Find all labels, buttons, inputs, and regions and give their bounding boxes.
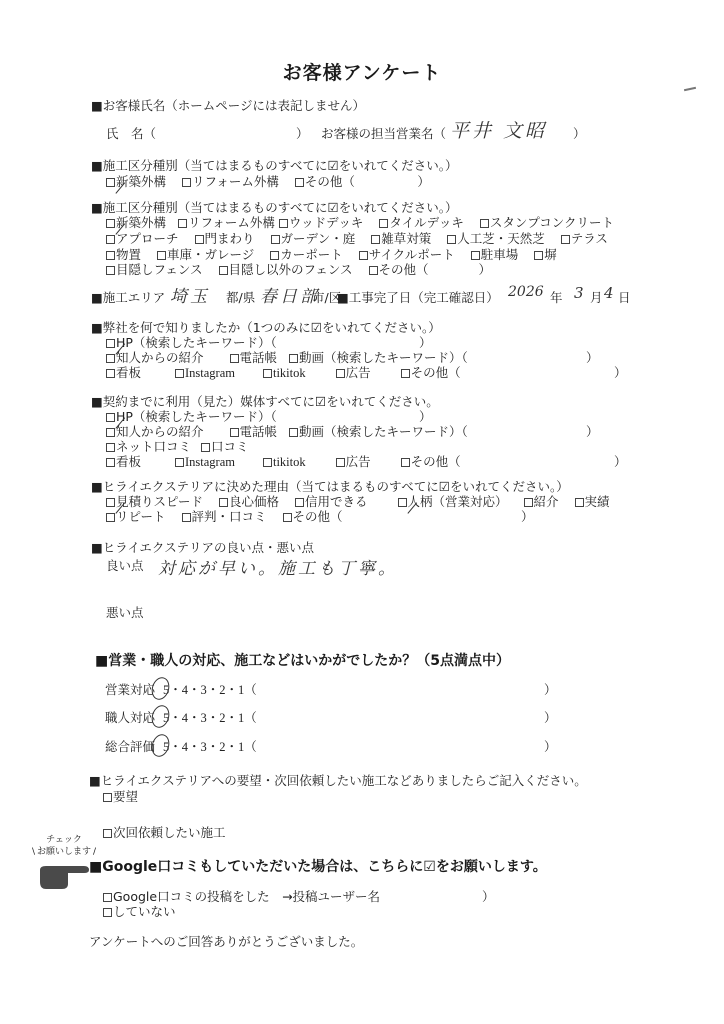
day-field[interactable]: 4 — [604, 284, 617, 302]
google-review-not-posted-option[interactable]: していない — [103, 902, 176, 920]
thank-you-footer: アンケートへのご回答ありがとうございました。 — [89, 932, 363, 950]
checkbox[interactable] — [195, 235, 204, 244]
checkbox[interactable] — [106, 354, 115, 363]
checkbox[interactable] — [182, 178, 191, 187]
checkbox[interactable] — [103, 829, 112, 838]
checkbox[interactable] — [106, 458, 115, 467]
checkbox-option[interactable]: 看板 — [106, 454, 141, 469]
rating-label: 営業対応 — [105, 682, 155, 697]
checkbox[interactable] — [106, 428, 115, 437]
checkbox-option[interactable]: リピート — [106, 509, 166, 524]
checkbox-option[interactable]: 実績 — [575, 494, 610, 509]
prefecture-suffix: 都/県 — [226, 288, 255, 306]
request-option[interactable]: 要望 — [103, 787, 138, 805]
username-close: ） — [482, 887, 495, 905]
checkbox[interactable] — [480, 219, 489, 228]
other-close: ） — [521, 507, 534, 525]
year-suffix: 年 — [550, 288, 563, 306]
checkbox-option[interactable]: 人柄（営業対応） — [398, 494, 508, 509]
checkbox[interactable] — [279, 219, 288, 228]
survey-page: お客様アンケート ■お客様氏名（ホームページには表記しません） 氏 名（ ） お… — [0, 0, 724, 1024]
video-keyword-close: ） — [586, 348, 599, 366]
checkbox[interactable] — [230, 428, 239, 437]
area-heading: ■施工エリア — [91, 288, 165, 306]
checkbox[interactable] — [289, 428, 298, 437]
checkbox[interactable] — [524, 498, 533, 507]
checkbox[interactable] — [401, 458, 410, 467]
checkbox[interactable] — [103, 908, 112, 917]
sales-rep-label: お客様の担当営業名（ — [321, 124, 446, 142]
checkbox[interactable] — [230, 354, 239, 363]
construction-type-options-1: 新築外構 リフォーム外構 その他（ ） — [106, 172, 442, 190]
checkbox[interactable] — [157, 251, 166, 260]
checkbox-option[interactable]: リフォーム外構 — [182, 174, 279, 189]
name-close: ） — [296, 124, 309, 142]
checkbox[interactable] — [271, 235, 280, 244]
checkbox-option[interactable]: 新築外構 — [106, 215, 166, 230]
rating-close: ） — [544, 737, 557, 755]
day-suffix: 日 — [618, 288, 631, 306]
checkbox[interactable] — [263, 369, 272, 378]
video-keyword-close: ） — [586, 422, 599, 440]
city-field[interactable]: 春日部 — [260, 282, 320, 307]
checkbox[interactable] — [336, 458, 345, 467]
checkbox[interactable] — [178, 219, 187, 228]
stray-pen-mark — [684, 87, 696, 91]
checkbox[interactable] — [561, 235, 570, 244]
construction-type-row: 目隠しフェンス 目隠し以外のフェンス その他（ ） — [106, 260, 503, 278]
checkbox-option[interactable]: 目隠し以外のフェンス — [219, 262, 353, 277]
checkbox-option[interactable]: 新築外構 — [106, 174, 166, 189]
checkbox[interactable] — [103, 893, 112, 902]
good-point-field[interactable]: 対応が早い。施工も丁寧。 — [158, 554, 398, 579]
checkbox[interactable] — [447, 235, 456, 244]
checkbox-option[interactable]: Instagram — [175, 455, 235, 469]
checkbox-option[interactable]: tikitok — [263, 455, 306, 469]
customer-name-heading: ■お客様氏名（ホームページには表記しません） — [91, 96, 365, 114]
checkbox[interactable] — [575, 498, 584, 507]
rating-heading: ■営業・職人の対応、施工などはいかがでしたか？（5点満点中） — [95, 650, 510, 670]
checkbox-option[interactable]: ウッドデッキ — [279, 215, 364, 230]
checkbox-checked[interactable] — [106, 498, 115, 507]
checkbox[interactable] — [106, 513, 115, 522]
bad-point-label: 悪い点 — [106, 603, 144, 621]
checkbox-option[interactable]: その他（ — [283, 509, 343, 524]
rating-scale[interactable]: 5・4・3・2・1（ — [163, 740, 257, 754]
media-used-row: 看板 Instagram tikitok 広告 その他（ — [106, 452, 461, 470]
checkbox-option[interactable]: その他（ — [401, 365, 461, 380]
rating-label: 職人対応 — [105, 710, 155, 725]
checkbox[interactable] — [295, 498, 304, 507]
checkbox-option[interactable]: 塀 — [534, 247, 557, 262]
checkbox[interactable] — [471, 251, 480, 260]
checkbox[interactable] — [379, 219, 388, 228]
google-review-heading: ■Google口コミもしていただいた場合は、こちらに☑をお願いします。 — [89, 856, 547, 876]
checkbox[interactable] — [369, 266, 378, 275]
rating-close: ） — [544, 708, 557, 726]
checkbox-option[interactable]: 広告 — [336, 365, 371, 380]
completion-date-label: ■工事完了日（完工確認日） — [337, 288, 499, 306]
checkbox-option[interactable]: 雑草対策 — [371, 231, 431, 246]
other-close: ） — [614, 363, 627, 381]
checkbox[interactable] — [219, 498, 228, 507]
checkbox[interactable] — [106, 251, 115, 260]
checkbox[interactable] — [201, 443, 210, 452]
page-title: お客様アンケート — [0, 58, 724, 85]
checkbox-checked[interactable] — [106, 413, 115, 422]
checkbox[interactable] — [175, 458, 184, 467]
checkbox[interactable] — [534, 251, 543, 260]
checkbox-option[interactable]: タイルデッキ — [379, 215, 464, 230]
checkbox-checked[interactable] — [106, 339, 115, 348]
checkbox-option[interactable]: ガーデン・庭 — [271, 231, 356, 246]
other-close: ） — [614, 452, 627, 470]
next-request-option[interactable]: 次回依頼したい施工 — [103, 823, 226, 841]
rating-scale[interactable]: 5・4・3・2・1（ — [163, 683, 257, 697]
checkbox[interactable] — [336, 369, 345, 378]
checkbox[interactable] — [103, 793, 112, 802]
checkbox-option[interactable]: スタンプコンクリート — [480, 215, 614, 230]
checkbox-option[interactable]: 門まわり — [195, 231, 255, 246]
checkbox-option[interactable]: その他（ ） — [369, 262, 492, 277]
rating-row-craftsman: 職人対応 5・4・3・2・1（ — [105, 708, 257, 726]
sales-rep-field[interactable]: 平井 文昭 — [450, 116, 547, 143]
checkbox[interactable] — [295, 178, 304, 187]
checkbox-option[interactable]: 広告 — [336, 454, 371, 469]
checkbox-option[interactable]: リフォーム外構 — [178, 215, 275, 230]
checkbox[interactable] — [106, 235, 115, 244]
checkbox[interactable] — [289, 354, 298, 363]
checkbox[interactable] — [401, 369, 410, 378]
decision-reason-row: リピート 評判・口コミ その他（ — [106, 507, 343, 525]
checkbox-option[interactable]: アプローチ — [106, 231, 179, 246]
checkbox[interactable] — [106, 369, 115, 378]
how-found-row: 看板 Instagram tikitok 広告 その他（ — [106, 363, 461, 381]
rating-row-sales: 営業対応 5・4・3・2・1（ — [105, 680, 257, 698]
rating-scale[interactable]: 5・4・3・2・1（ — [163, 711, 257, 725]
checkbox-option[interactable]: その他（ ） — [295, 174, 430, 189]
checkbox[interactable] — [283, 513, 292, 522]
good-point-label: 良い点 — [106, 556, 144, 574]
month-field[interactable]: 3 — [574, 284, 587, 302]
checkbox[interactable] — [270, 251, 279, 260]
checkbox-checked[interactable] — [106, 219, 115, 228]
checkbox-option[interactable]: その他（ — [401, 454, 461, 469]
checkbox[interactable] — [263, 458, 272, 467]
name-label: 氏 名（ — [106, 124, 156, 142]
year-field[interactable]: 2026 — [508, 284, 544, 300]
pointing-hand-icon — [38, 862, 90, 890]
rating-close: ） — [544, 680, 557, 698]
checkbox[interactable] — [106, 443, 115, 452]
checkbox-option[interactable]: 看板 — [106, 365, 141, 380]
sales-rep-close: ） — [573, 124, 586, 142]
checkbox-checked[interactable] — [106, 178, 115, 187]
checkbox-option[interactable]: 目隠しフェンス — [106, 262, 203, 277]
checkbox-option[interactable]: tikitok — [263, 366, 306, 380]
checkbox-checked[interactable] — [398, 498, 407, 507]
checkbox[interactable] — [175, 369, 184, 378]
note-line: チェック — [24, 834, 104, 846]
prefecture-field[interactable]: 埼玉 — [170, 282, 210, 307]
check-please-note: チェック \お願いします/ — [24, 834, 104, 858]
checkbox[interactable] — [371, 235, 380, 244]
rating-row-overall: 総合評価 5・4・3・2・1（ — [105, 737, 257, 755]
checkbox-option[interactable]: 動画（検索したキーワード）（ — [289, 424, 468, 439]
rating-label: 総合評価 — [105, 739, 155, 754]
checkbox-option[interactable]: 評判・口コミ — [182, 509, 267, 524]
checkbox-option[interactable]: Instagram — [175, 366, 235, 380]
requests-heading: ■ヒライエクステリアへの要望・次回依頼したい施工などありましたらご記入ください。 — [89, 771, 587, 789]
checkbox[interactable] — [182, 513, 191, 522]
checkbox[interactable] — [359, 251, 368, 260]
checkbox[interactable] — [106, 266, 115, 275]
checkbox-option[interactable]: テラス — [561, 231, 608, 246]
month-suffix: 月 — [590, 288, 603, 306]
checkbox[interactable] — [219, 266, 228, 275]
checkbox-option[interactable]: 人工芝・天然芝 — [447, 231, 545, 246]
